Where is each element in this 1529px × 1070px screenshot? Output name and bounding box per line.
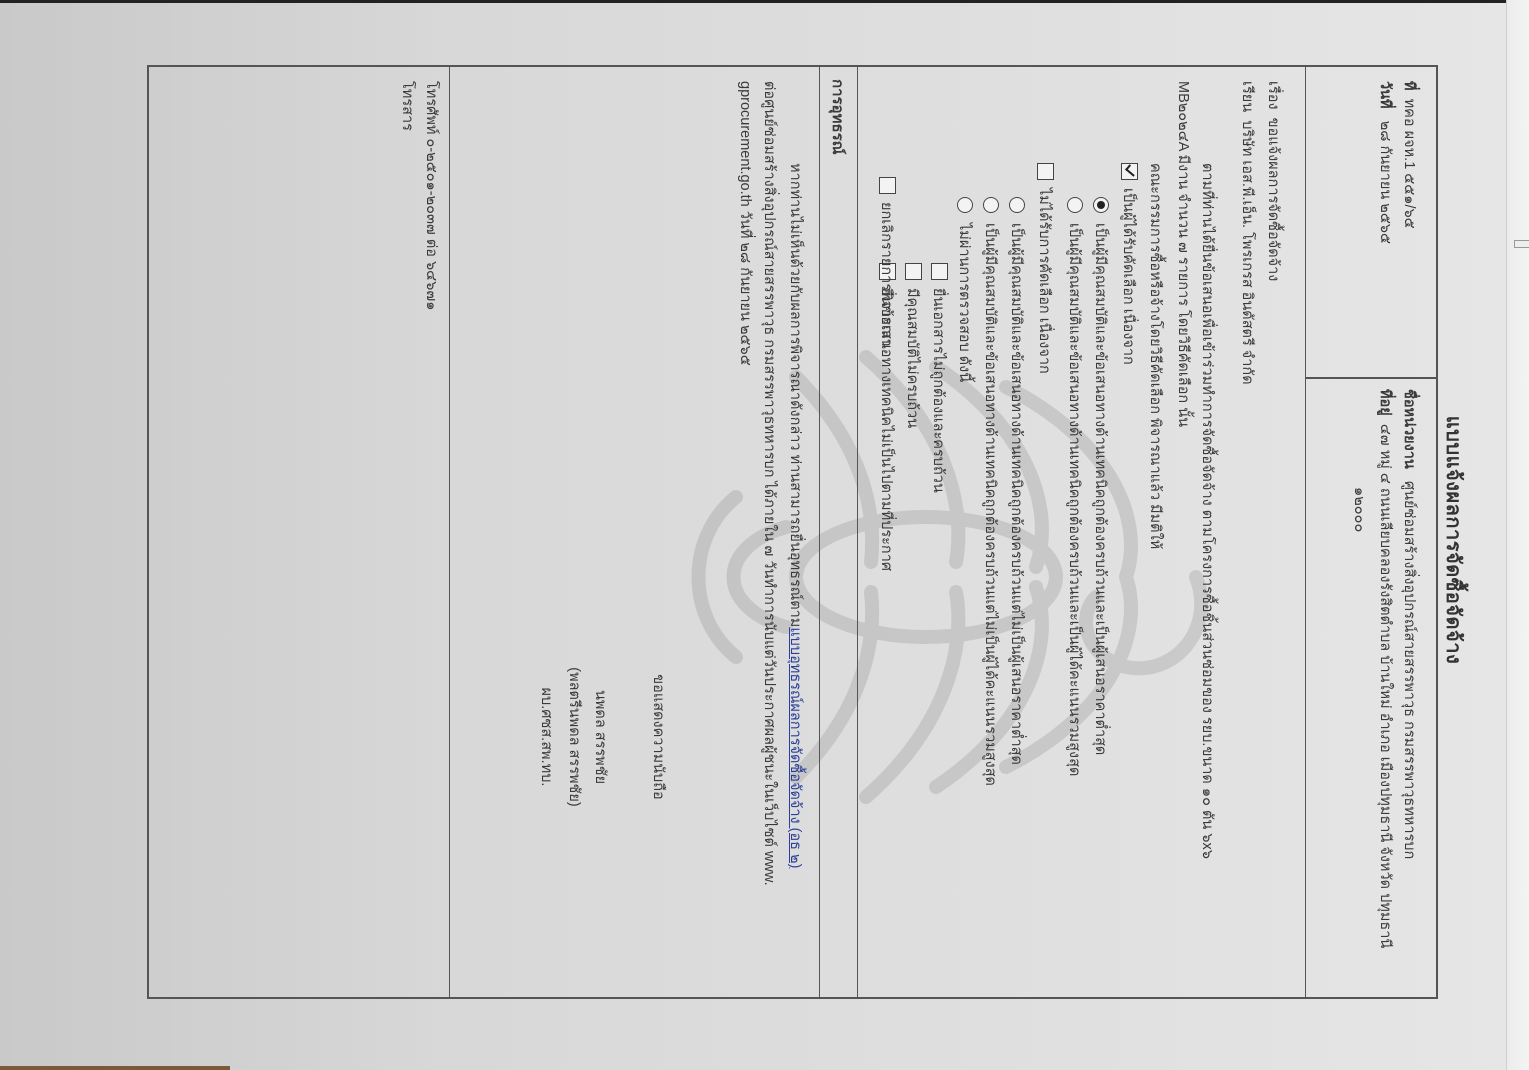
radio-lowest-price[interactable]	[1093, 197, 1109, 213]
option-not-lowest-price[interactable]: เป็นผู้มีคุณสมบัติและข้อเสนอทางด้านเทคนิ…	[1006, 197, 1026, 765]
checkbox-documents[interactable]	[931, 263, 948, 280]
photo-edge-top	[0, 0, 1529, 3]
subcheck-qualifications[interactable]: มีคุณสมบัติไม่ครบถ้วน	[902, 263, 922, 428]
option-not-highest-score[interactable]: เป็นผู้มีคุณสมบัติและข้อเสนอทางด้านเทคนิ…	[980, 197, 1000, 786]
subject-line: เรื่อง ขอแจ้งผลการจัดซื้อจัดจ้าง	[1262, 81, 1284, 281]
selected-checkbox[interactable]	[1121, 163, 1138, 180]
body-row: เรื่อง ขอแจ้งผลการจัดซื้อจัดจ้าง เรียน บ…	[857, 67, 1306, 997]
cancel-checkbox[interactable]	[879, 177, 896, 194]
appeal-text-line3: gprocurement.go.th วันที่ ๒๘ กันยายน ๒๕๖…	[734, 81, 756, 366]
header-divider	[1306, 377, 1436, 379]
photo-edge-bottom	[0, 1066, 230, 1070]
radio-failed-inspection[interactable]	[957, 197, 973, 213]
rejected-checkbox[interactable]	[1037, 163, 1054, 180]
rejected-checkbox-row[interactable]: ไม่ได้รับการคัดเลือก เนื่องจาก	[1034, 163, 1054, 374]
paragraph-intro: ตามที่ท่านได้ยื่นข้อเสนอเพื่อเข้าร่วมทำก…	[1196, 163, 1218, 993]
option-failed-inspection[interactable]: ไม่ผ่านการตรวจสอบ ดังนี้	[954, 197, 974, 382]
appeal-section-label: การอุทธรณ์	[826, 79, 850, 155]
radio-not-lowest-price[interactable]	[1009, 197, 1025, 213]
agency-name: ชื่อหน่วยงาน ศูนย์ซ่อมสร้างสิ่งอุปกรณ์สา…	[1398, 389, 1420, 989]
document-page: แบบแจ้งผลการจัดซื้อจัดจ้าง	[120, 40, 1490, 1040]
form-table: ที่ ทคอ ผจห.1 ๕๕๑/๖๕ วันที่ ๒๘ กันยายน ๒…	[147, 65, 1438, 999]
agency-address: ที่อยู่ ๔๗ หมู่ ๔ ถนนเลียบคลองรังสิตตำบล…	[1374, 389, 1396, 989]
radio-not-highest-score[interactable]	[983, 197, 999, 213]
paragraph-intro-cont: MB๒๐๒๔A มีงาน จำนวน ๗ รายการ โดยวิธีคัดเ…	[1172, 81, 1194, 427]
appeal-text-line1: หากท่านไม่เห็นด้วยกับผลการพิจารณาดังกล่า…	[784, 163, 806, 868]
phone-number: โทรศัพท์ ๐-๒๕๐๑-๒๐๓๗ ต่อ ๖๔๖๗๑	[420, 81, 442, 310]
appeal-header-row: การอุทธรณ์	[819, 67, 858, 997]
underlying-page-edge	[1506, 0, 1529, 1070]
reference-number: ที่ ทคอ ผจห.1 ๕๕๑/๖๕	[1398, 81, 1420, 229]
checkbox-qualifications[interactable]	[905, 263, 922, 280]
header-row: ที่ ทคอ ผจห.1 ๕๕๑/๖๕ วันที่ ๒๘ กันยายน ๒…	[1305, 67, 1436, 997]
subcheck-documents[interactable]: ยื่นเอกสารไม่ถูกต้องและครบถ้วน	[928, 263, 948, 493]
paper-tab	[1514, 240, 1529, 248]
selected-checkbox-row[interactable]: เป็นผู้ได้รับคัดเลือก เนื่องจาก	[1118, 163, 1138, 365]
appeal-form-link[interactable]: แบบอุทธรณ์ผลการจัดซื้อจัดจ้าง (อธ ๒)	[787, 627, 803, 868]
cancel-item-row[interactable]: ยกเลิกรายการพิจารณา	[876, 177, 896, 347]
signature-name: นพดล สรรพชัย	[589, 627, 612, 847]
option-highest-score[interactable]: เป็นผู้มีคุณสมบัติและข้อเสนอทางด้านเทคนิ…	[1064, 197, 1084, 776]
document-title: แบบแจ้งผลการจัดซื้อจัดจ้าง	[1438, 40, 1470, 1040]
option-lowest-price[interactable]: เป็นผู้มีคุณสมบัติและข้อเสนอทางด้านเทคนิ…	[1090, 197, 1110, 755]
appeal-text-line2: ต่อศูนย์ซ่อมสร้างสิ่งอุปกรณ์สายสรรพาวุธ …	[758, 81, 780, 886]
signatory-position: ผบ.ศซส.สพ.ทบ.	[535, 627, 558, 847]
footer-row: โทรศัพท์ ๐-๒๕๐๑-๒๐๓๗ ต่อ ๖๔๖๗๑ โทรสาร	[149, 67, 450, 997]
document-date: วันที่ ๒๘ กันยายน ๒๕๖๕	[1374, 81, 1396, 244]
radio-highest-score[interactable]	[1067, 197, 1083, 213]
signatory-full-name: (พลตรีนพดล สรรพชัย)	[563, 627, 586, 847]
appeal-body-row: หากท่านไม่เห็นด้วยกับผลการพิจารณาดังกล่า…	[449, 67, 820, 997]
committee-resolution: คณะกรรมการซื้อหรือจ้างโดยวิธีคัดเลือก พิ…	[1144, 163, 1166, 549]
closing-salutation: ขอแสดงความนับถือ	[647, 627, 670, 847]
fax-label: โทรสาร	[396, 81, 418, 131]
postcode: ๑๒๐๐๐	[1348, 487, 1370, 532]
recipient-line: เรียน บริษัท เอส.พี.เอ็น. โพรเกรส อินดัส…	[1236, 81, 1258, 385]
